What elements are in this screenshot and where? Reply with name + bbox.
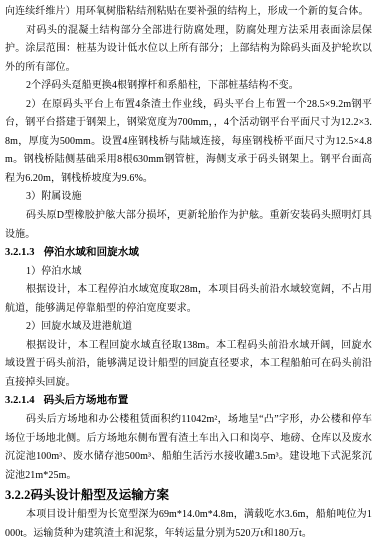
section-heading-3-2-2: 3.2.2码头设计船型及运输方案 — [5, 485, 372, 506]
heading-title: 码头后方场地布置 — [44, 395, 129, 406]
heading-number: 3.2.1.3 — [5, 247, 35, 258]
heading-number: 3.2.1.4 — [5, 395, 35, 406]
document-page: 向连续纤维片）用环氧树脂粘结剂粘贴在要补强的结构上，形成一个新的复合体。 对码头… — [0, 0, 377, 548]
paragraph-item-berthing-area: 1）停泊水域 — [5, 263, 372, 282]
paragraph-frp-composite: 向连续纤维片）用环氧树脂粘结剂粘贴在要补强的结构上，形成一个新的复合体。 — [5, 3, 372, 22]
heading-number: 3.2.2 — [5, 488, 31, 502]
paragraph-berthing-width: 根据设计，本工程停泊水域宽度取28m，本项目码头前沿水域较宽阔，不占用航道，能够… — [5, 281, 372, 318]
paragraph-rear-yard-layout: 码头后方场地和办公楼租赁面积约11042m²，场地呈“凸”字形，办公楼和停车场位… — [5, 411, 372, 485]
heading-title: 停泊水域和回旋水域 — [44, 247, 139, 258]
section-heading-3-2-1-4: 3.2.1.4码头后方场地布置 — [5, 392, 372, 411]
paragraph-anticorrosion: 对码头的混凝土结构部分全部进行防腐处理，防腐处理方法采用表面涂层保护。涂层范围：… — [5, 22, 372, 78]
paragraph-design-vessel: 本项目设计船型为长宽型深为69m*14.0m*4.8m，满载吃水3.6m，船舶吨… — [5, 506, 372, 543]
paragraph-turning-diameter: 根据设计，本工程回旋水域直径取138m。本工程码头前沿水域开阔，回旋水域设置于码… — [5, 337, 372, 393]
paragraph-steel-platform: 2）在原码头平台上布置4条渣土作业线，码头平台上布置一个28.5×9.2m钢平台… — [5, 96, 372, 189]
paragraph-fender-lighting: 码头原D型橡胶护舷大部分损坏，更新轮胎作为护舷。重新安装码头照明灯具设施。 — [5, 207, 372, 244]
paragraph-pontoon-repair: 2个浮码头趸船更换4根钢撑杆和系船柱，下部桩基结构不变。 — [5, 77, 372, 96]
section-heading-3-2-1-3: 3.2.1.3停泊水域和回旋水域 — [5, 244, 372, 263]
paragraph-item-auxiliary-facilities: 3）附属设施 — [5, 188, 372, 207]
heading-title: 码头设计船型及运输方案 — [31, 488, 170, 502]
paragraph-item-turning-basin: 2）回旋水域及进港航道 — [5, 318, 372, 337]
